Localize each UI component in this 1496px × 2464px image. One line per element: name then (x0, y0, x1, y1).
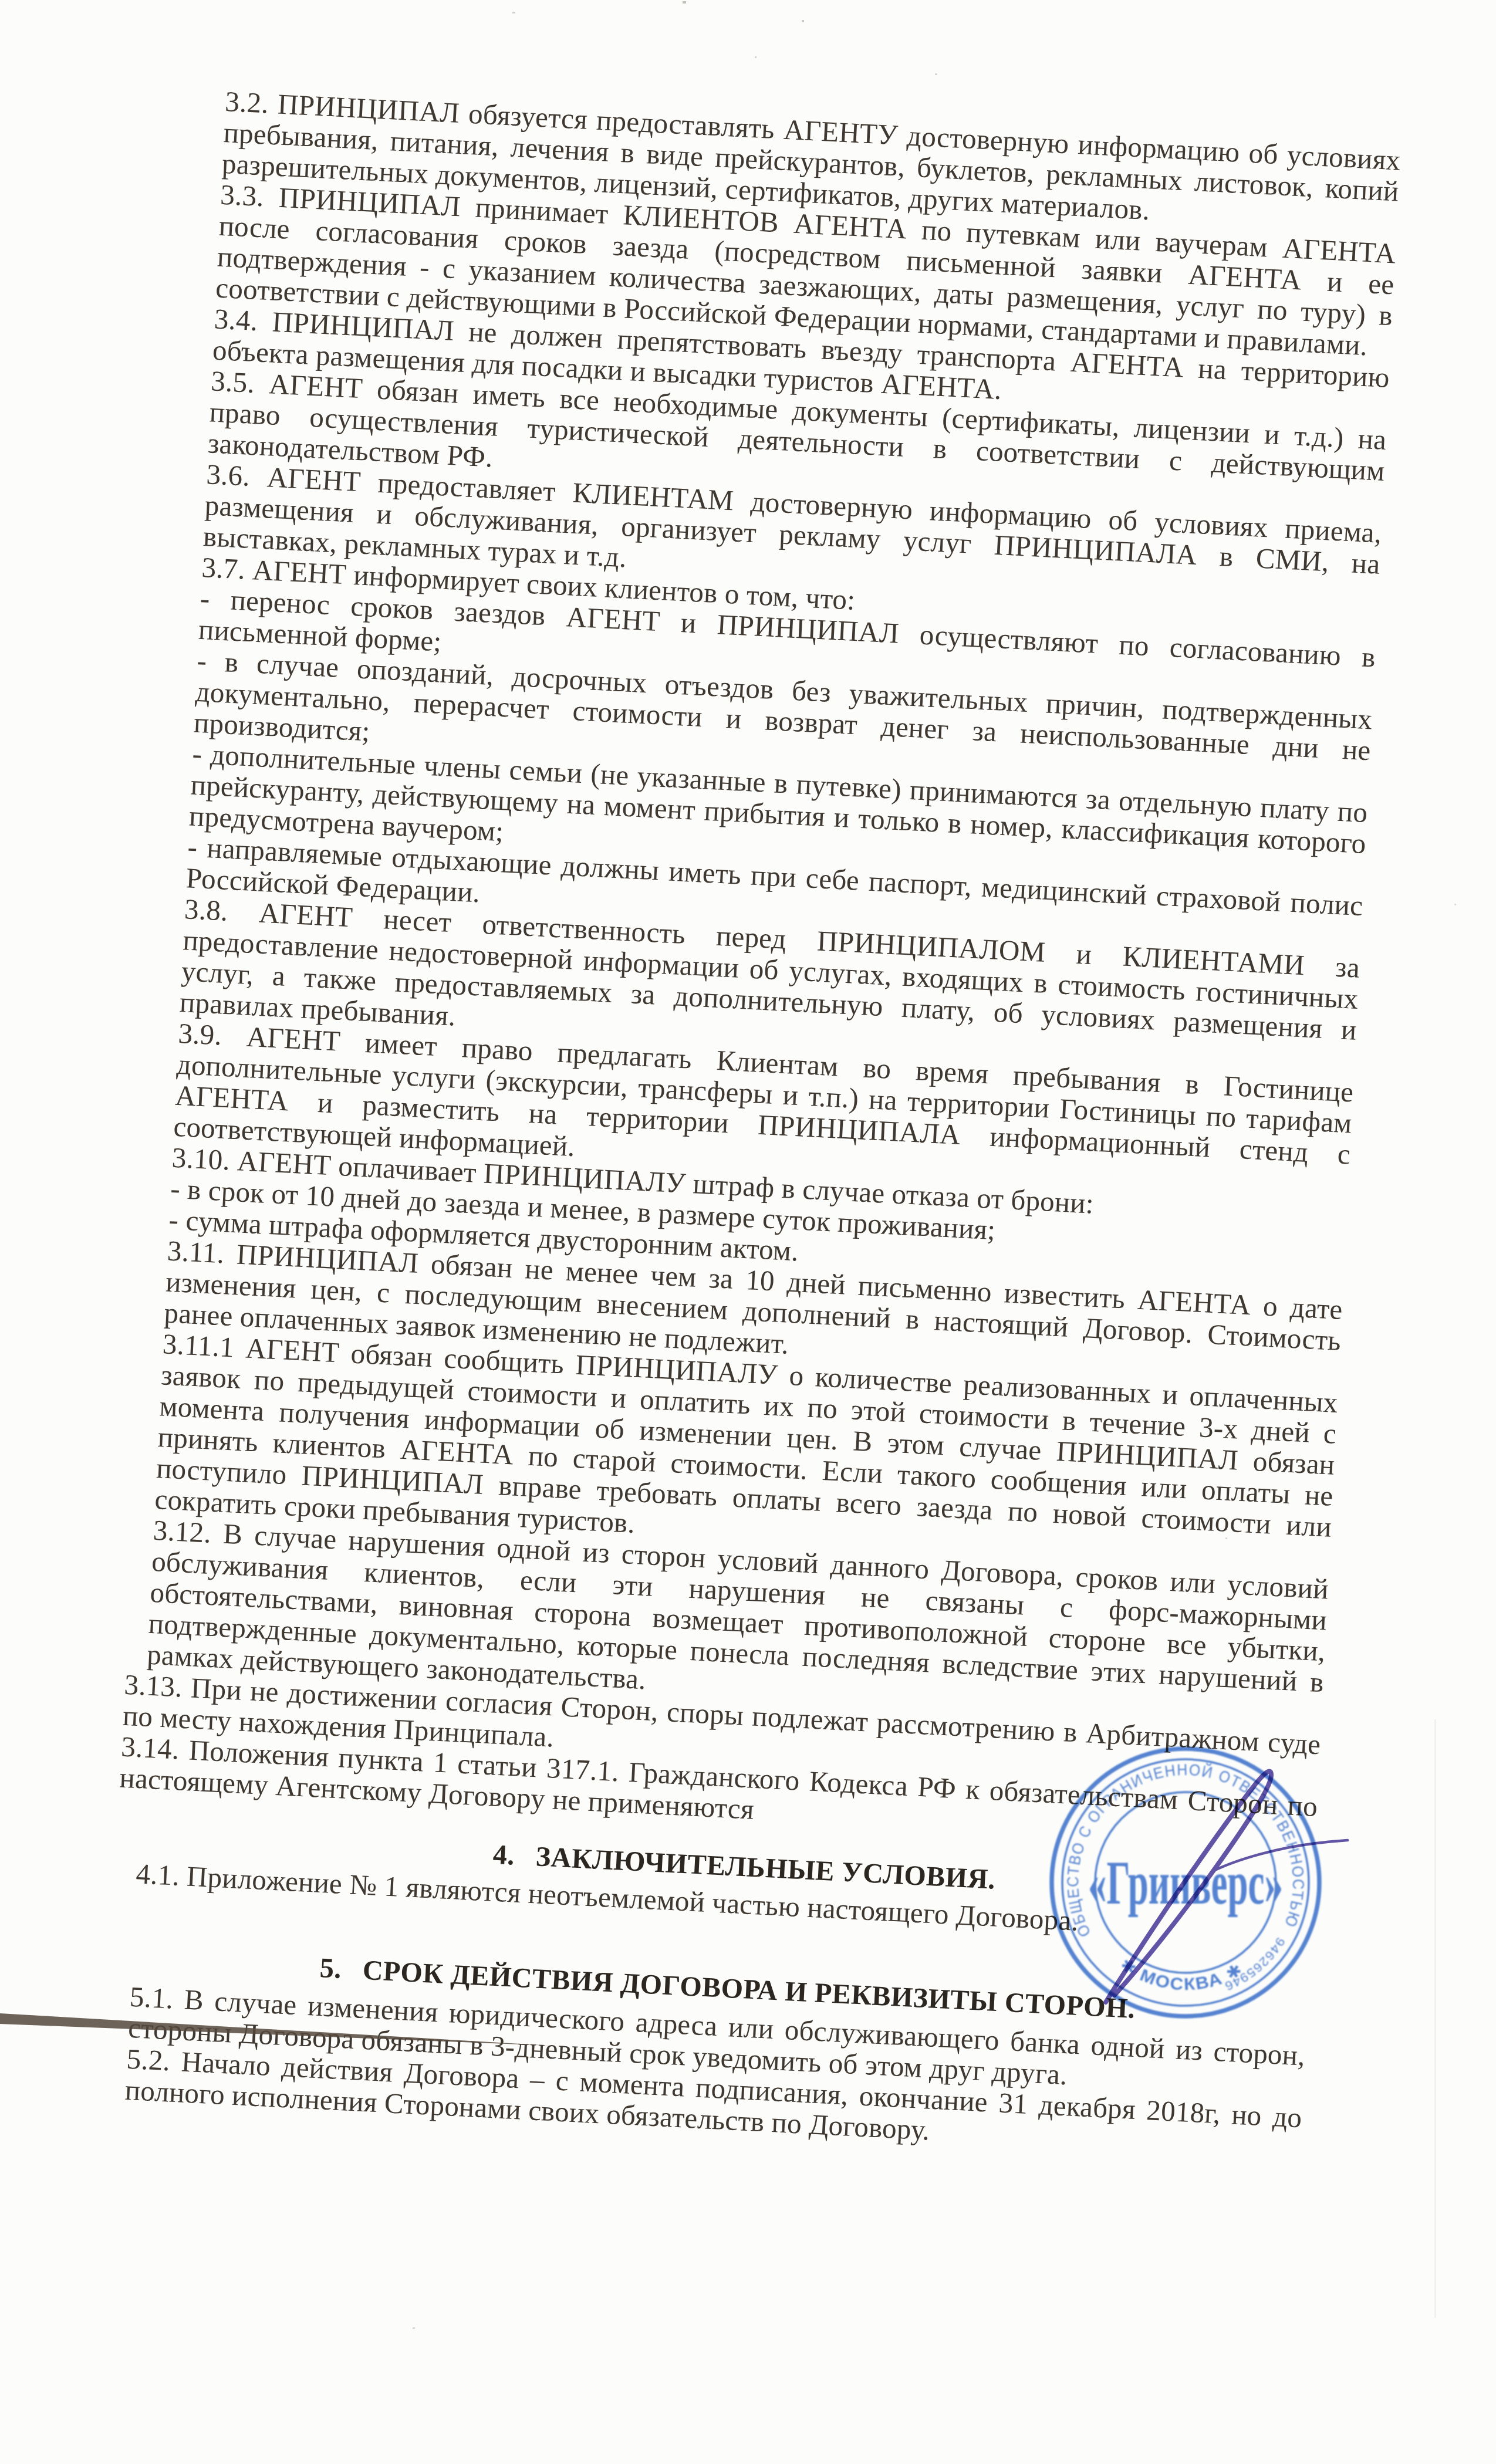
paper-crease (1434, 1719, 1436, 2318)
scanned-contract-page: 3.2. ПРИНЦИПАЛ обязуется предоставлять А… (0, 0, 1496, 2464)
signature-stroke (1074, 1743, 1367, 2019)
section-4-number: 4. (492, 1839, 516, 1871)
section-5-number: 5. (319, 1952, 343, 1985)
signature-main-loop (1106, 1771, 1271, 2002)
